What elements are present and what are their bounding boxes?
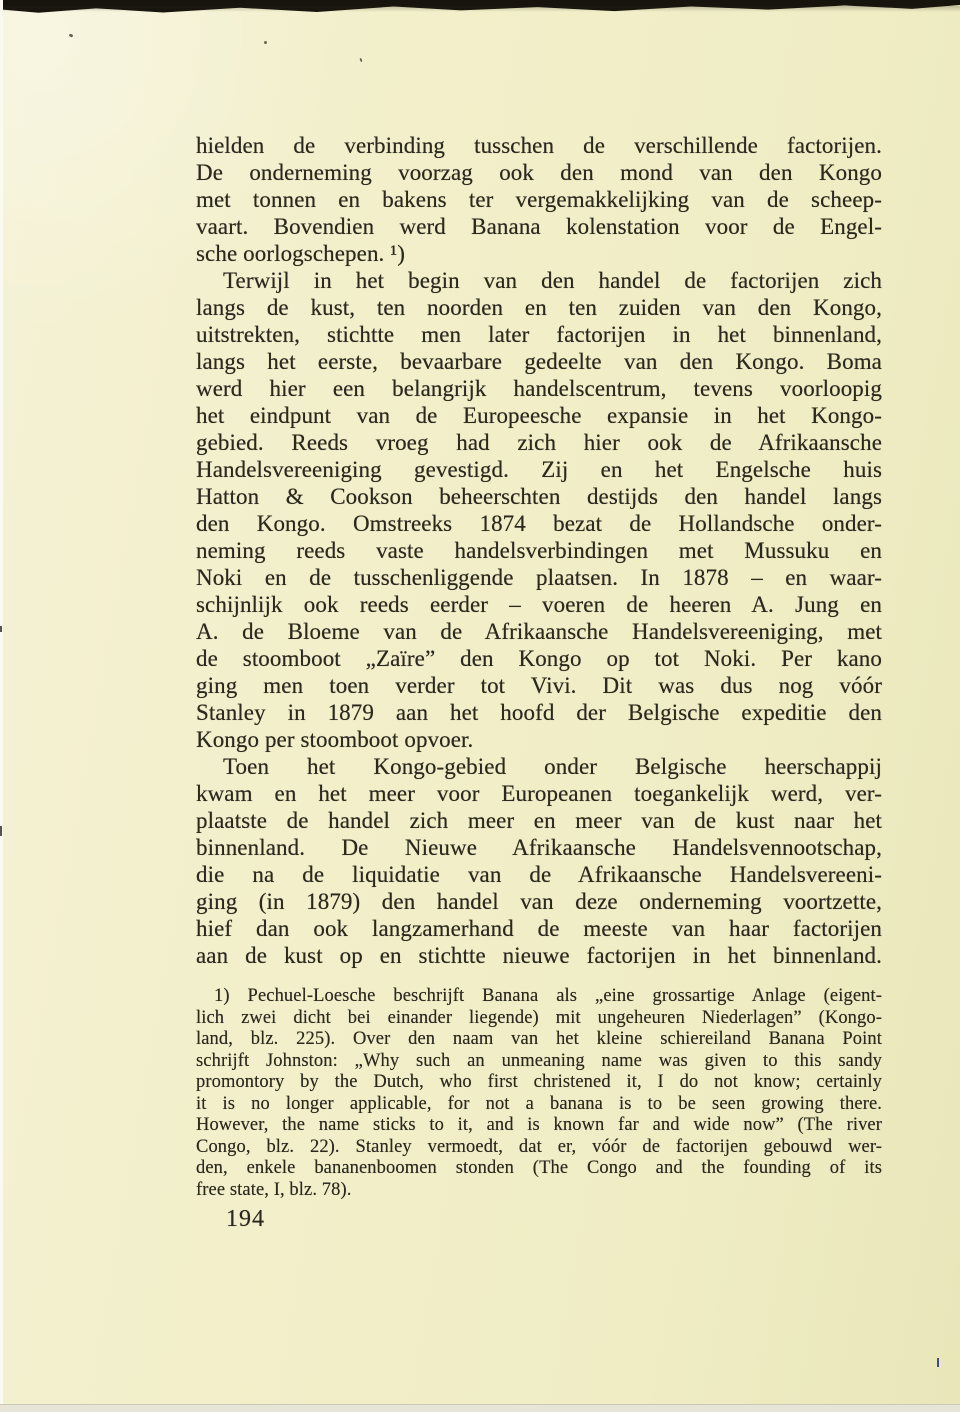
text-line: binnenland. De Nieuwe Afrikaansche Hande… [196, 834, 882, 861]
text-line: ging men toen verder tot Vivi. Dit was d… [196, 672, 882, 699]
text-line: den Kongo. Omstreeks 1874 bezat de Holla… [196, 510, 882, 537]
paper-edge-mark [0, 626, 2, 632]
text-line: langs de kust, ten noorden en ten zuiden… [196, 294, 882, 321]
text-line: die na de liquidatie van de Afrikaansche… [196, 861, 882, 888]
text-line: hielden de verbinding tusschen de versch… [196, 132, 882, 159]
text-line: langs het eerste, bevaarbare gedeelte va… [196, 348, 882, 375]
footnote-line: However, the name sticks to it, and is k… [196, 1115, 882, 1137]
text-line: neming reeds vaste handelsverbindingen m… [196, 537, 882, 564]
text-line: A. de Bloeme van de Afrikaansche Handels… [196, 618, 882, 645]
page-bottom-edge [0, 1404, 960, 1412]
text-line: met tonnen en bakens ter vergemakkelijki… [196, 186, 882, 213]
text-line: uitstrekten, stichtte men later factorij… [196, 321, 882, 348]
footnote-line: land, blz. 225). Over den naam van het k… [196, 1029, 882, 1051]
text-line: kwam en het meer voor Europeanen toegank… [196, 780, 882, 807]
text-line: gebied. Reeds vroeg had zich hier ook de… [196, 429, 882, 456]
text-line: Noki en de tusschenliggende plaatsen. In… [196, 564, 882, 591]
text-line: Kongo per stoomboot opvoer. [196, 726, 882, 753]
text-line: Toen het Kongo-gebied onder Belgische he… [196, 753, 882, 780]
text-line: Hatton & Cookson beheerschten destijds d… [196, 483, 882, 510]
text-line: De onderneming voorzag ook den mond van … [196, 159, 882, 186]
footnote-line: Congo, blz. 22). Stanley vermoedt, dat e… [196, 1137, 882, 1159]
paper-speck [69, 33, 74, 37]
text-line: werd hier een belangrijk handelscentrum,… [196, 375, 882, 402]
text-line: hief dan ook langzamerhand de meeste van… [196, 915, 882, 942]
footnote-line: schrijft Johnston: „Why such an unmeanin… [196, 1051, 882, 1073]
footnote-line: lich zwei dicht bei einander liegende) m… [196, 1008, 882, 1030]
text-line: schijnlijk ook reeds eerder – voeren de … [196, 591, 882, 618]
page-top-edge-shadow [0, 6, 960, 12]
body-text: hielden de verbinding tusschen de versch… [196, 132, 882, 1233]
footnote-line: den, enkele bananenboomen stonden (The C… [196, 1158, 882, 1180]
text-line: aan de kust op en stichtte nieuwe factor… [196, 942, 882, 969]
page-number: 194 [196, 1205, 882, 1233]
scanned-book-page: hielden de verbinding tusschen de versch… [0, 0, 960, 1412]
footnote: 1) Pechuel-Loesche beschrijft Banana als… [196, 986, 882, 1201]
text-line: de stoomboot „Zaïre” den Kongo op tot No… [196, 645, 882, 672]
text-line: Stanley in 1879 aan het hoofd der Belgis… [196, 699, 882, 726]
paper-edge-mark [0, 826, 2, 836]
paper-speck [264, 41, 267, 44]
paper-speck [359, 58, 362, 62]
text-line: sche oorlogschepen. ¹) [196, 240, 882, 267]
footnote-line: promontory by the Dutch, who first chris… [196, 1072, 882, 1094]
footnote-line: it is no longer applicable, for not a ba… [196, 1094, 882, 1116]
text-line: vaart. Bovendien werd Banana kolenstatio… [196, 213, 882, 240]
paper-ink-mark [937, 1358, 939, 1367]
text-line: Handelsvereeniging gevestigd. Zij en het… [196, 456, 882, 483]
footnote-line: free state, I, blz. 78). [196, 1180, 882, 1202]
footnote-line: 1) Pechuel-Loesche beschrijft Banana als… [196, 986, 882, 1008]
text-line: Terwijl in het begin van den handel de f… [196, 267, 882, 294]
text-line: ging (in 1879) den handel van deze onder… [196, 888, 882, 915]
text-line: het eindpunt van de Europeesche expansie… [196, 402, 882, 429]
text-line: plaatste de handel zich meer en meer van… [196, 807, 882, 834]
page-left-edge [0, 0, 3, 1412]
